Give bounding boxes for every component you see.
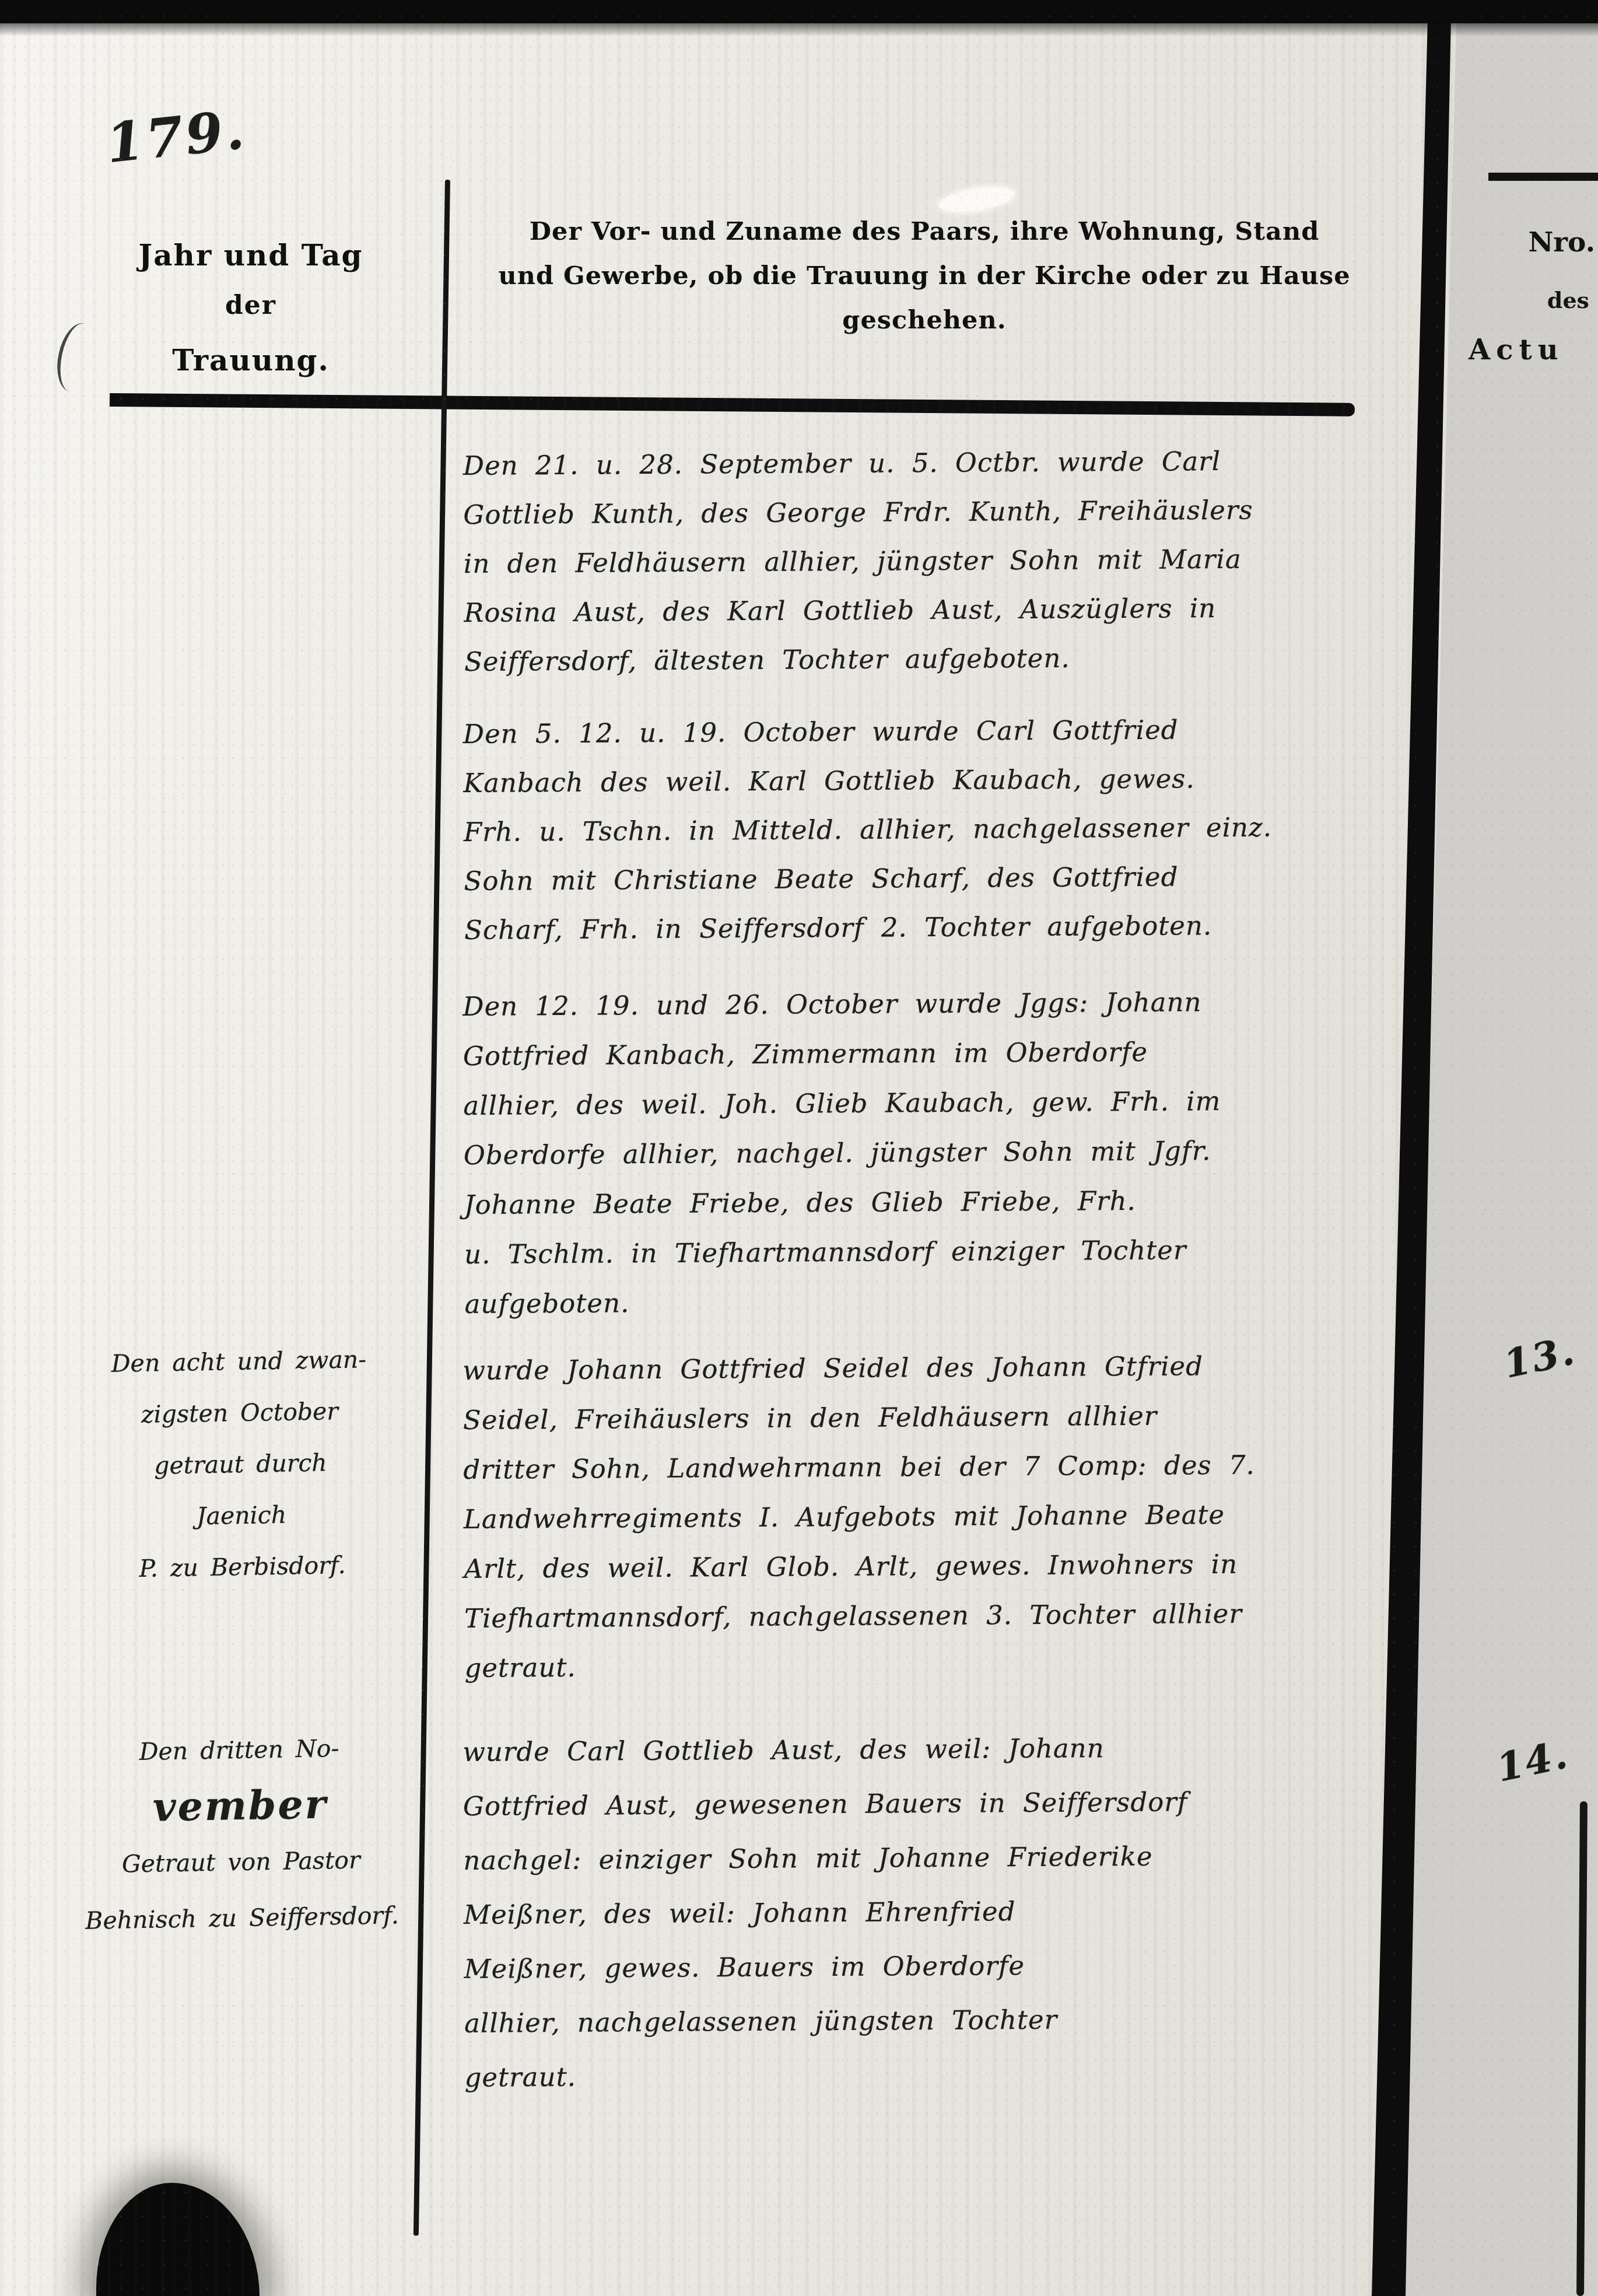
entry-3-line: Gottfried Kanbach, Zimmermann im Oberdor…: [463, 1025, 1408, 1081]
entry-4-margin-line: getraut durch: [49, 1435, 432, 1493]
page-number: 179.: [103, 98, 249, 176]
entry-4-margin-line: Jaenich: [50, 1486, 433, 1544]
entry-5-line: Meißner, des weil: Johann Ehrenfried: [464, 1882, 1409, 1942]
entry-3-line: u. Tschlm. in Tiefhartmannsdorf einziger…: [464, 1224, 1409, 1279]
entry-2-line: Kanbach des weil. Karl Gottlieb Kaubach,…: [463, 753, 1408, 808]
entry-5-margin-line: Behnisch zu Seiffersdorf.: [51, 1887, 434, 1949]
entry-5-margin-line: Getraut von Pastor: [50, 1831, 433, 1893]
entry-5-line: getraut.: [464, 2045, 1410, 2105]
next-page-header-nro: Nro.: [1470, 226, 1595, 258]
entry-1-line: Seiffersdorf, ältesten Tochter aufgebote…: [464, 632, 1409, 687]
next-page-header-actus: Actu: [1469, 334, 1598, 366]
scan-finger-blob: [96, 2183, 260, 2296]
entry-2-line: Scharf, Frh. in Seiffersdorf 2. Tochter …: [464, 900, 1409, 955]
marriage-entry-1: Den 21. u. 28. September u. 5. Octbr. wu…: [463, 436, 1410, 687]
next-page-header-rule: [1488, 173, 1598, 181]
date-column-header-line-3: Trauung.: [76, 343, 426, 377]
header-separator-rule: [110, 393, 1355, 416]
entry-3-line: aufgeboten.: [464, 1273, 1409, 1329]
next-page-header-des: des: [1470, 287, 1589, 313]
entry-2-line: Frh. u. Tschn. in Mitteld. allhier, nach…: [464, 802, 1408, 857]
entry-3-line: allhier, des weil. Joh. Glieb Kaubach, g…: [463, 1075, 1408, 1130]
entry-5-line: Meißner, gewes. Bauers im Oberdorfe: [464, 1936, 1409, 1996]
couple-column-header-line-2: und Gewerbe, ob die Trauung in der Kirch…: [469, 261, 1379, 290]
entry-4-line: Tiefhartmannsdorf, nachgelassenen 3. Toc…: [464, 1588, 1409, 1643]
act-number-13: 13.: [1499, 1328, 1579, 1387]
entry-4-margin-note: Den acht und zwan- zigsten October getra…: [47, 1332, 434, 1595]
entry-1-line: Den 21. u. 28. September u. 5. Octbr. wu…: [463, 436, 1408, 491]
scan-top-edge-fade: [0, 23, 1598, 36]
entry-1-line: Gottlieb Kunth, des George Frdr. Kunth, …: [463, 485, 1408, 540]
act-number-14: 14.: [1492, 1731, 1572, 1791]
entry-4-line: Landwehrregiments I. Aufgebots mit Johan…: [464, 1489, 1408, 1544]
register-left-page: 179. Jahr und Tag der Trauung. Der Vor- …: [0, 0, 1598, 2296]
entry-5-line: nachgel: einziger Sohn mit Johanne Fried…: [463, 1828, 1408, 1888]
entry-5-line: allhier, nachgelassenen jüngsten Tochter: [464, 1990, 1410, 2050]
entry-5-margin-note: Den dritten No- vember Getraut von Pasto…: [48, 1718, 434, 1949]
scanned-register-page: 179. Jahr und Tag der Trauung. Der Vor- …: [0, 0, 1598, 2296]
entry-1-line: in den Feldhäusern allhier, jüngster Soh…: [464, 534, 1408, 589]
ink-stray-mark: [51, 320, 97, 395]
entry-5-line: Gottfried Aust, gewesenen Bauers in Seif…: [463, 1773, 1408, 1833]
next-page-edge-line: [1576, 1801, 1588, 2296]
marriage-entry-2: Den 5. 12. u. 19. October wurde Carl Got…: [463, 704, 1410, 955]
entry-3-line: Den 12. 19. und 26. October wurde Jggs: …: [462, 976, 1407, 1031]
paper-scratch-mark: [938, 183, 1016, 216]
date-column-header-line-1: Jahr und Tag: [76, 238, 426, 272]
entry-5-margin-line: vember: [48, 1774, 432, 1837]
entry-4-line: Seidel, Freihäuslers in den Feldhäusern …: [463, 1389, 1408, 1445]
couple-column-header-line-3: geschehen.: [469, 306, 1379, 335]
entry-4-line: getraut.: [464, 1637, 1409, 1693]
entry-3-line: Oberdorfe allhier, nachgel. jüngster Soh…: [464, 1125, 1408, 1180]
entry-5-line: wurde Carl Gottlieb Aust, des weil: Joha…: [462, 1719, 1408, 1779]
entry-3-line: Johanne Beate Friebe, des Glieb Friebe, …: [464, 1174, 1408, 1230]
scan-top-edge: [0, 0, 1598, 23]
entry-4-line: wurde Johann Gottfried Seidel des Johann…: [462, 1340, 1407, 1395]
entry-2-line: Den 5. 12. u. 19. October wurde Carl Got…: [463, 704, 1408, 759]
date-column-header-line-2: der: [76, 290, 426, 320]
entry-4-line: dritter Sohn, Landwehrmann bei der 7 Com…: [463, 1439, 1408, 1494]
entry-4-margin-line: Den acht und zwan-: [47, 1332, 430, 1390]
entry-5-margin-line: Den dritten No-: [48, 1718, 431, 1781]
marriage-entry-5: wurde Carl Gottlieb Aust, des weil: Joha…: [462, 1719, 1410, 2105]
marriage-entry-3: Den 12. 19. und 26. October wurde Jggs: …: [462, 976, 1410, 1329]
couple-column-header-line-1: Der Vor- und Zuname des Paars, ihre Wohn…: [469, 217, 1379, 246]
entry-4-margin-line: P. zu Berbisdorf.: [51, 1538, 433, 1595]
marriage-entry-4: wurde Johann Gottfried Seidel des Johann…: [462, 1340, 1410, 1693]
entry-4-margin-line: zigsten October: [48, 1384, 431, 1441]
entry-1-line: Rosina Aust, des Karl Gottlieb Aust, Aus…: [464, 583, 1408, 638]
entry-2-line: Sohn mit Christiane Beate Scharf, des Go…: [464, 851, 1408, 906]
entry-4-line: Arlt, des weil. Karl Glob. Arlt, gewes. …: [464, 1538, 1408, 1594]
